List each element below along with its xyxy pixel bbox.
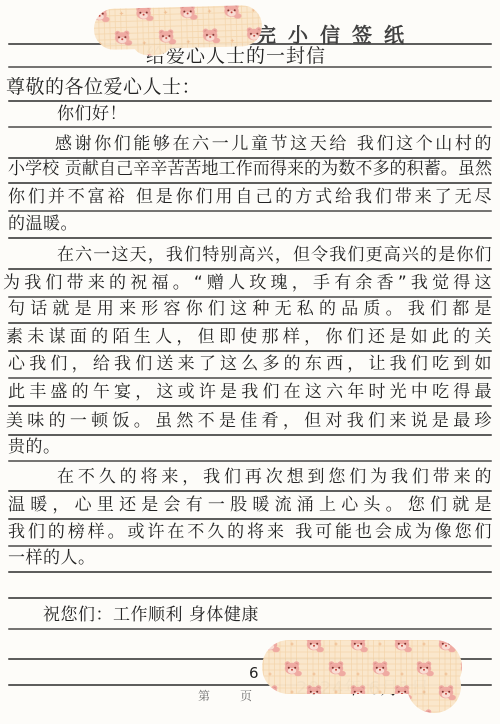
letter-line: 句话就是用来形容你们这种无私的品质。我们都是 [8,297,492,321]
rule-line [8,405,492,407]
rule-line [8,210,492,212]
letter-line: 你们好！ [57,102,127,126]
rule-line [8,434,492,436]
letter-line: 感谢你们能够在六一儿童节这天给 我们这个山村的 [55,132,492,156]
letter-line: 此丰盛的午宴，这或许是我们在这六年时光中吃得最 [8,380,492,404]
rule-line [8,377,492,379]
letter-line: 小学校 贡献自己辛辛苦苦地工作而得来的为数不多的积蓄。虽然 [8,157,492,181]
letter-line: 你们并不富裕 但是你们用自己的方式给我们带来了无尽 [8,185,492,209]
rule-line [8,490,492,492]
letter-line: 在六一这天，我们特别高兴，但令我们更高兴的是你们 [57,243,492,267]
letter-line: 贵的。 [8,435,61,459]
cat-washi-tape-bottom [258,634,470,718]
rule-line [8,237,492,239]
letter-line: 一样的人。 [8,546,96,570]
rule-line [8,182,492,184]
letter-line: 的温暖。 [8,212,78,236]
letter-line: 心我们，给我们送来了这么多的东西，让我们吃到如 [8,352,492,376]
letter-line: 美味的一顿饭。虽然不是佳肴，但对我们来说是最珍 [6,409,492,433]
rule-line [8,628,492,630]
rule-line [8,597,492,599]
letter-line: 在不久的将来，我们再次想到您们为我们带来的 [57,465,492,489]
rule-line [8,460,492,462]
rule-line [8,322,492,324]
rule-line [8,571,492,573]
rule-line [8,126,492,128]
letter-page: 完小信签纸 给爱心人士的一封信 尊敬的各位爱心人士： 你们好！ 感谢你们能够在六… [0,0,500,724]
cat-washi-tape-top [88,2,268,58]
page-number-suffix: 页 [240,687,252,704]
letter-line: 我们的榜样。或许在不久的将来 我可能也会成为像您们 [8,520,492,544]
letter-line: 温暖，心里还是会有一股暖流涌上心头。您们就是 [8,493,492,517]
closing-wish: 祝您们：工作顺利 身体健康 [43,603,259,627]
letter-line: 为我们带来的祝福。“赠人玫瑰，手有余香”我觉得这 [3,271,492,295]
page-number-prefix: 第 [198,687,210,704]
letter-line: 素未谋面的陌生人，但即使那样，你们还是如此的关 [6,325,492,349]
rule-line [8,268,492,270]
salutation: 尊敬的各位爱心人士： [6,75,201,99]
